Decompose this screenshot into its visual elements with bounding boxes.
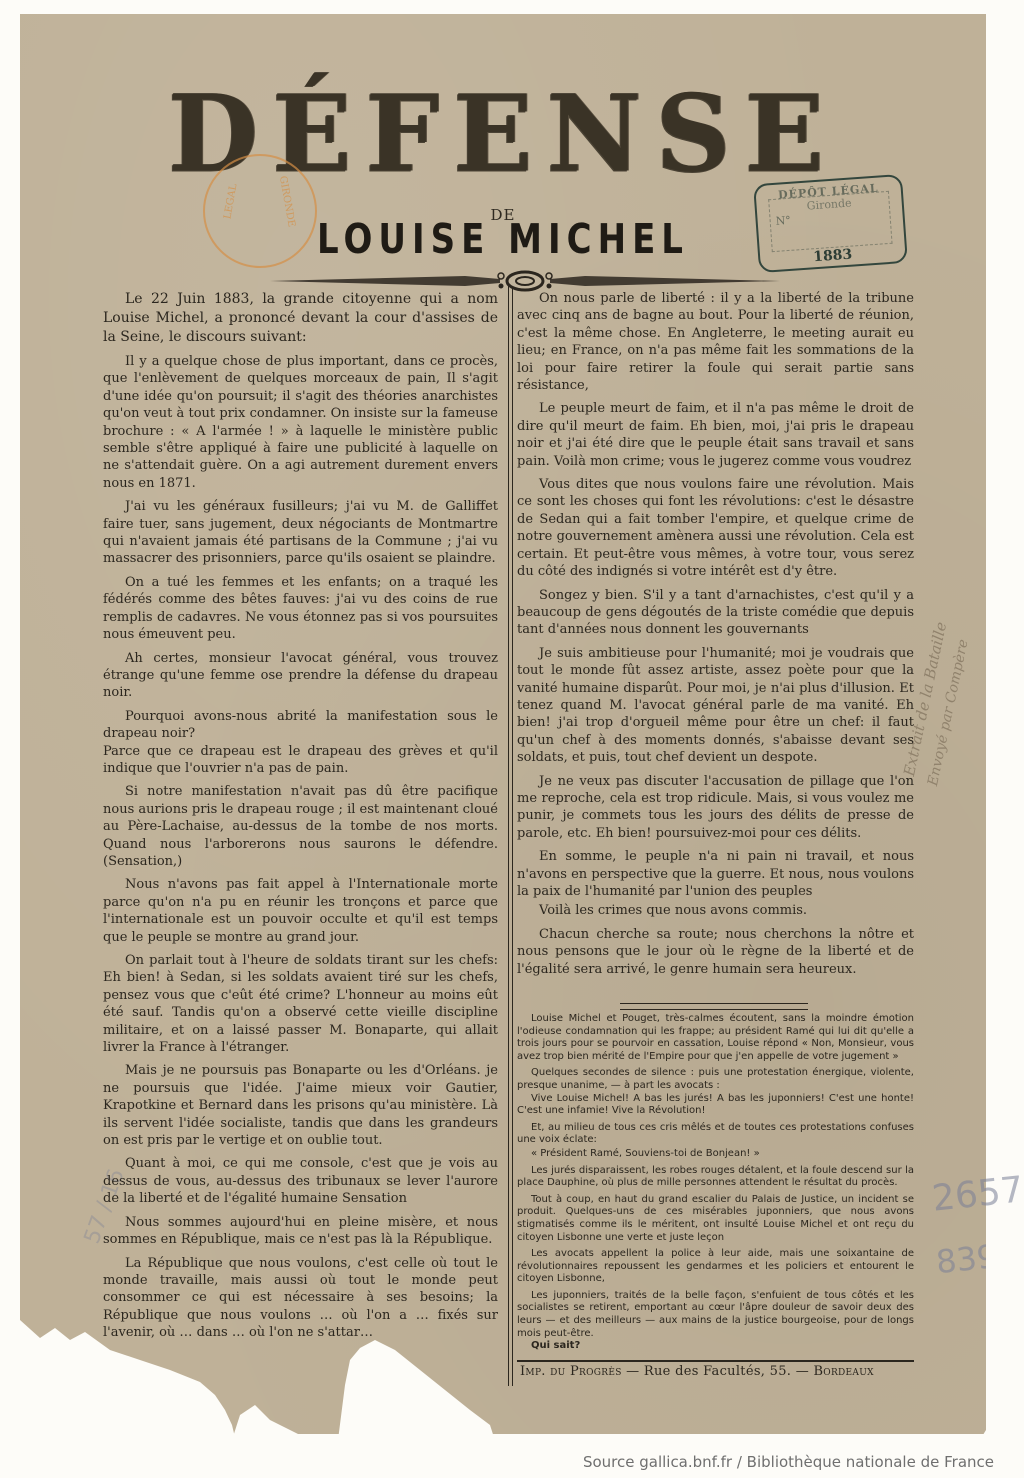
report-paragraph: Vive Louise Michel! A bas les jurés! A b…	[517, 1093, 914, 1118]
round-stamp-text-left: LEGAL	[222, 183, 239, 220]
round-stamp-text-right: GIRONDE	[277, 175, 297, 228]
paragraph: Le peuple meurt de faim, et il n'a pas m…	[517, 400, 914, 470]
trial-report: Louise Michel et Pouget, très-calmes éco…	[517, 1013, 914, 1357]
report-paragraph: Les avocats appellent la police à leur a…	[517, 1248, 914, 1286]
paragraph: Ah certes, monsieur l'avocat général, vo…	[103, 650, 498, 702]
report-quote: « Président Ramé, Souviens-toi de Bonjea…	[517, 1148, 914, 1161]
paragraph: On a tué les femmes et les enfants; on a…	[103, 574, 498, 644]
pencil-number-1: 2657	[930, 1169, 1024, 1219]
source-credit[interactable]: Source gallica.bnf.fr / Bibliothèque nat…	[583, 1453, 994, 1471]
imprint-rule	[517, 1360, 914, 1362]
report-paragraph: Et, au milieu de tous ces cris mêlés et …	[517, 1122, 914, 1147]
headline-defense: DÉFENSE	[20, 81, 986, 187]
imprint-printer: Imp. du Progrès	[520, 1364, 622, 1379]
report-closing: Qui sait?	[517, 1340, 914, 1353]
paragraph: Le 22 Juin 1883, la grande citoyenne qui…	[103, 290, 498, 347]
left-column: Le 22 Juin 1883, la grande citoyenne qui…	[103, 290, 498, 1348]
report-paragraph: Les jurés disparaissent, les robes rouge…	[517, 1165, 914, 1190]
paragraph: Songez y bien. S'il y a tant d'arnachist…	[517, 587, 914, 639]
paragraph: Nous sommes aujourd'hui en pleine misère…	[103, 1214, 498, 1249]
paragraph: Voilà les crimes que nous avons commis.	[517, 902, 914, 919]
paragraph: Si notre manifestation n'avait pas dû êt…	[103, 783, 498, 870]
paragraph: La République que nous voulons, c'est ce…	[103, 1255, 498, 1342]
paragraph: Nous n'avons pas fait appel à l'Internat…	[103, 876, 498, 946]
depot-legal-stamp: DÉPÔT LÉGAL Gironde N° 1883	[753, 174, 908, 273]
paragraph: On parlait tout à l'heure de soldats tir…	[103, 952, 498, 1056]
paragraph: Je ne veux pas discuter l'accusation de …	[517, 773, 914, 843]
paragraph: Chacun cherche sa route; nous cherchons …	[517, 926, 914, 978]
pencil-number-2: 8399	[934, 1235, 1019, 1281]
paragraph: Il y a quelque chose de plus important, …	[103, 353, 498, 492]
paragraph: Parce que ce drapeau est le drapeau des …	[103, 743, 498, 778]
column-divider	[508, 286, 513, 1386]
ornament-divider-icon	[265, 270, 785, 292]
paragraph: Pourquoi avons-nous abrité la manifestat…	[103, 708, 498, 743]
imprint-line: Imp. du Progrès — Rue des Facultés, 55. …	[520, 1364, 912, 1379]
report-paragraph: Quelques secondes de silence : puis une …	[517, 1067, 914, 1092]
report-paragraph: Tout à coup, en haut du grand escalier d…	[517, 1194, 914, 1244]
paragraph: Vous dites que nous voulons faire une ré…	[517, 476, 914, 580]
paragraph: Quant à moi, ce qui me console, c'est qu…	[103, 1155, 498, 1207]
paragraph: J'ai vu les généraux fusilleurs; j'ai vu…	[103, 498, 498, 568]
imprint-city: Bordeaux	[813, 1364, 873, 1379]
imprint-dash: —	[626, 1364, 639, 1379]
report-paragraph: Louise Michel et Pouget, très-calmes éco…	[517, 1013, 914, 1063]
imprint-address: Rue des Facultés, 55.	[644, 1364, 791, 1379]
right-column: On nous parle de liberté : il y a la lib…	[517, 290, 914, 984]
paragraph: Je suis ambitieuse pour l'humanité; moi …	[517, 645, 914, 767]
section-separator	[620, 1003, 808, 1010]
paragraph: En somme, le peuple n'a ni pain ni trava…	[517, 848, 914, 900]
paragraph: Mais je ne poursuis pas Bonaparte ou les…	[103, 1062, 498, 1149]
report-paragraph: Les juponniers, traités de la belle faço…	[517, 1290, 914, 1340]
library-round-stamp: LEGAL GIRONDE	[203, 154, 317, 268]
paragraph: On nous parle de liberté : il y a la lib…	[517, 290, 914, 394]
imprint-dash: —	[796, 1364, 809, 1379]
